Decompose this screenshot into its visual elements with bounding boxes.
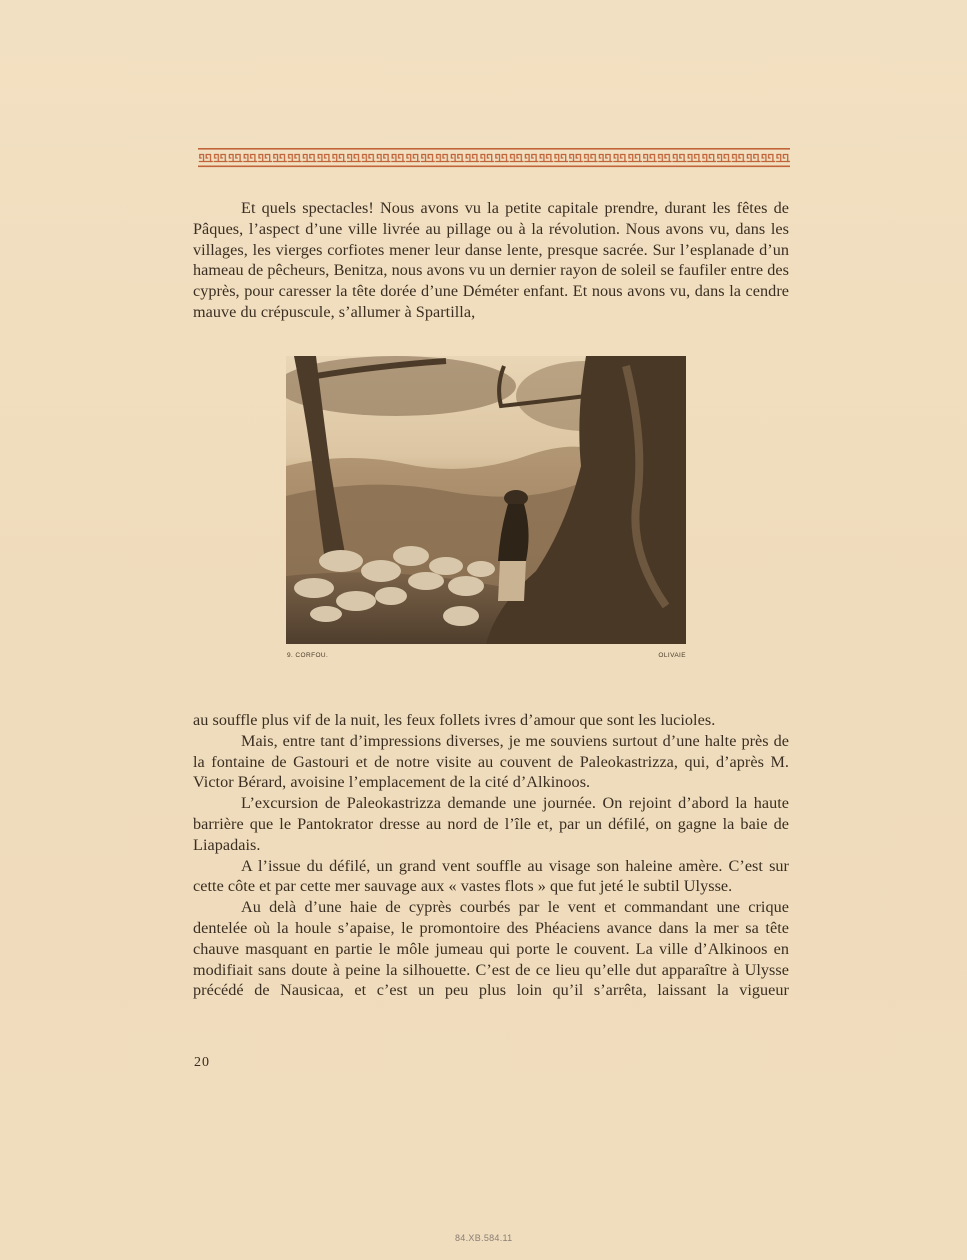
paragraph: L’excursion de Paleokastrizza demande un… [193,793,789,855]
page-number: 20 [194,1055,210,1071]
photo-illustration [286,356,686,644]
paragraph: A l’issue du défilé, un grand vent souff… [193,856,789,898]
paragraph: Et quels spectacles! Nous avons vu la pe… [193,198,789,323]
book-page: Et quels spectacles! Nous avons vu la pe… [0,0,967,1260]
photo-caption-title: OLIVAIE [658,652,686,659]
photo-caption-plate-number: 9. CORFOU. [287,652,328,659]
accession-shelfmark: 84.XB.584.11 [455,1233,512,1243]
body-text-top: Et quels spectacles! Nous avons vu la pe… [193,198,789,323]
photograph-olive-grove [286,356,686,644]
paragraph: Mais, entre tant d’impressions diverses,… [193,731,789,793]
paragraph: au souffle plus vif de la nuit, les feux… [193,710,789,731]
paragraph: Au delà d’une haie de cyprès courbés par… [193,897,789,1001]
greek-key-border-ornament [198,147,790,168]
body-text-bottom: au souffle plus vif de la nuit, les feux… [193,710,789,1001]
